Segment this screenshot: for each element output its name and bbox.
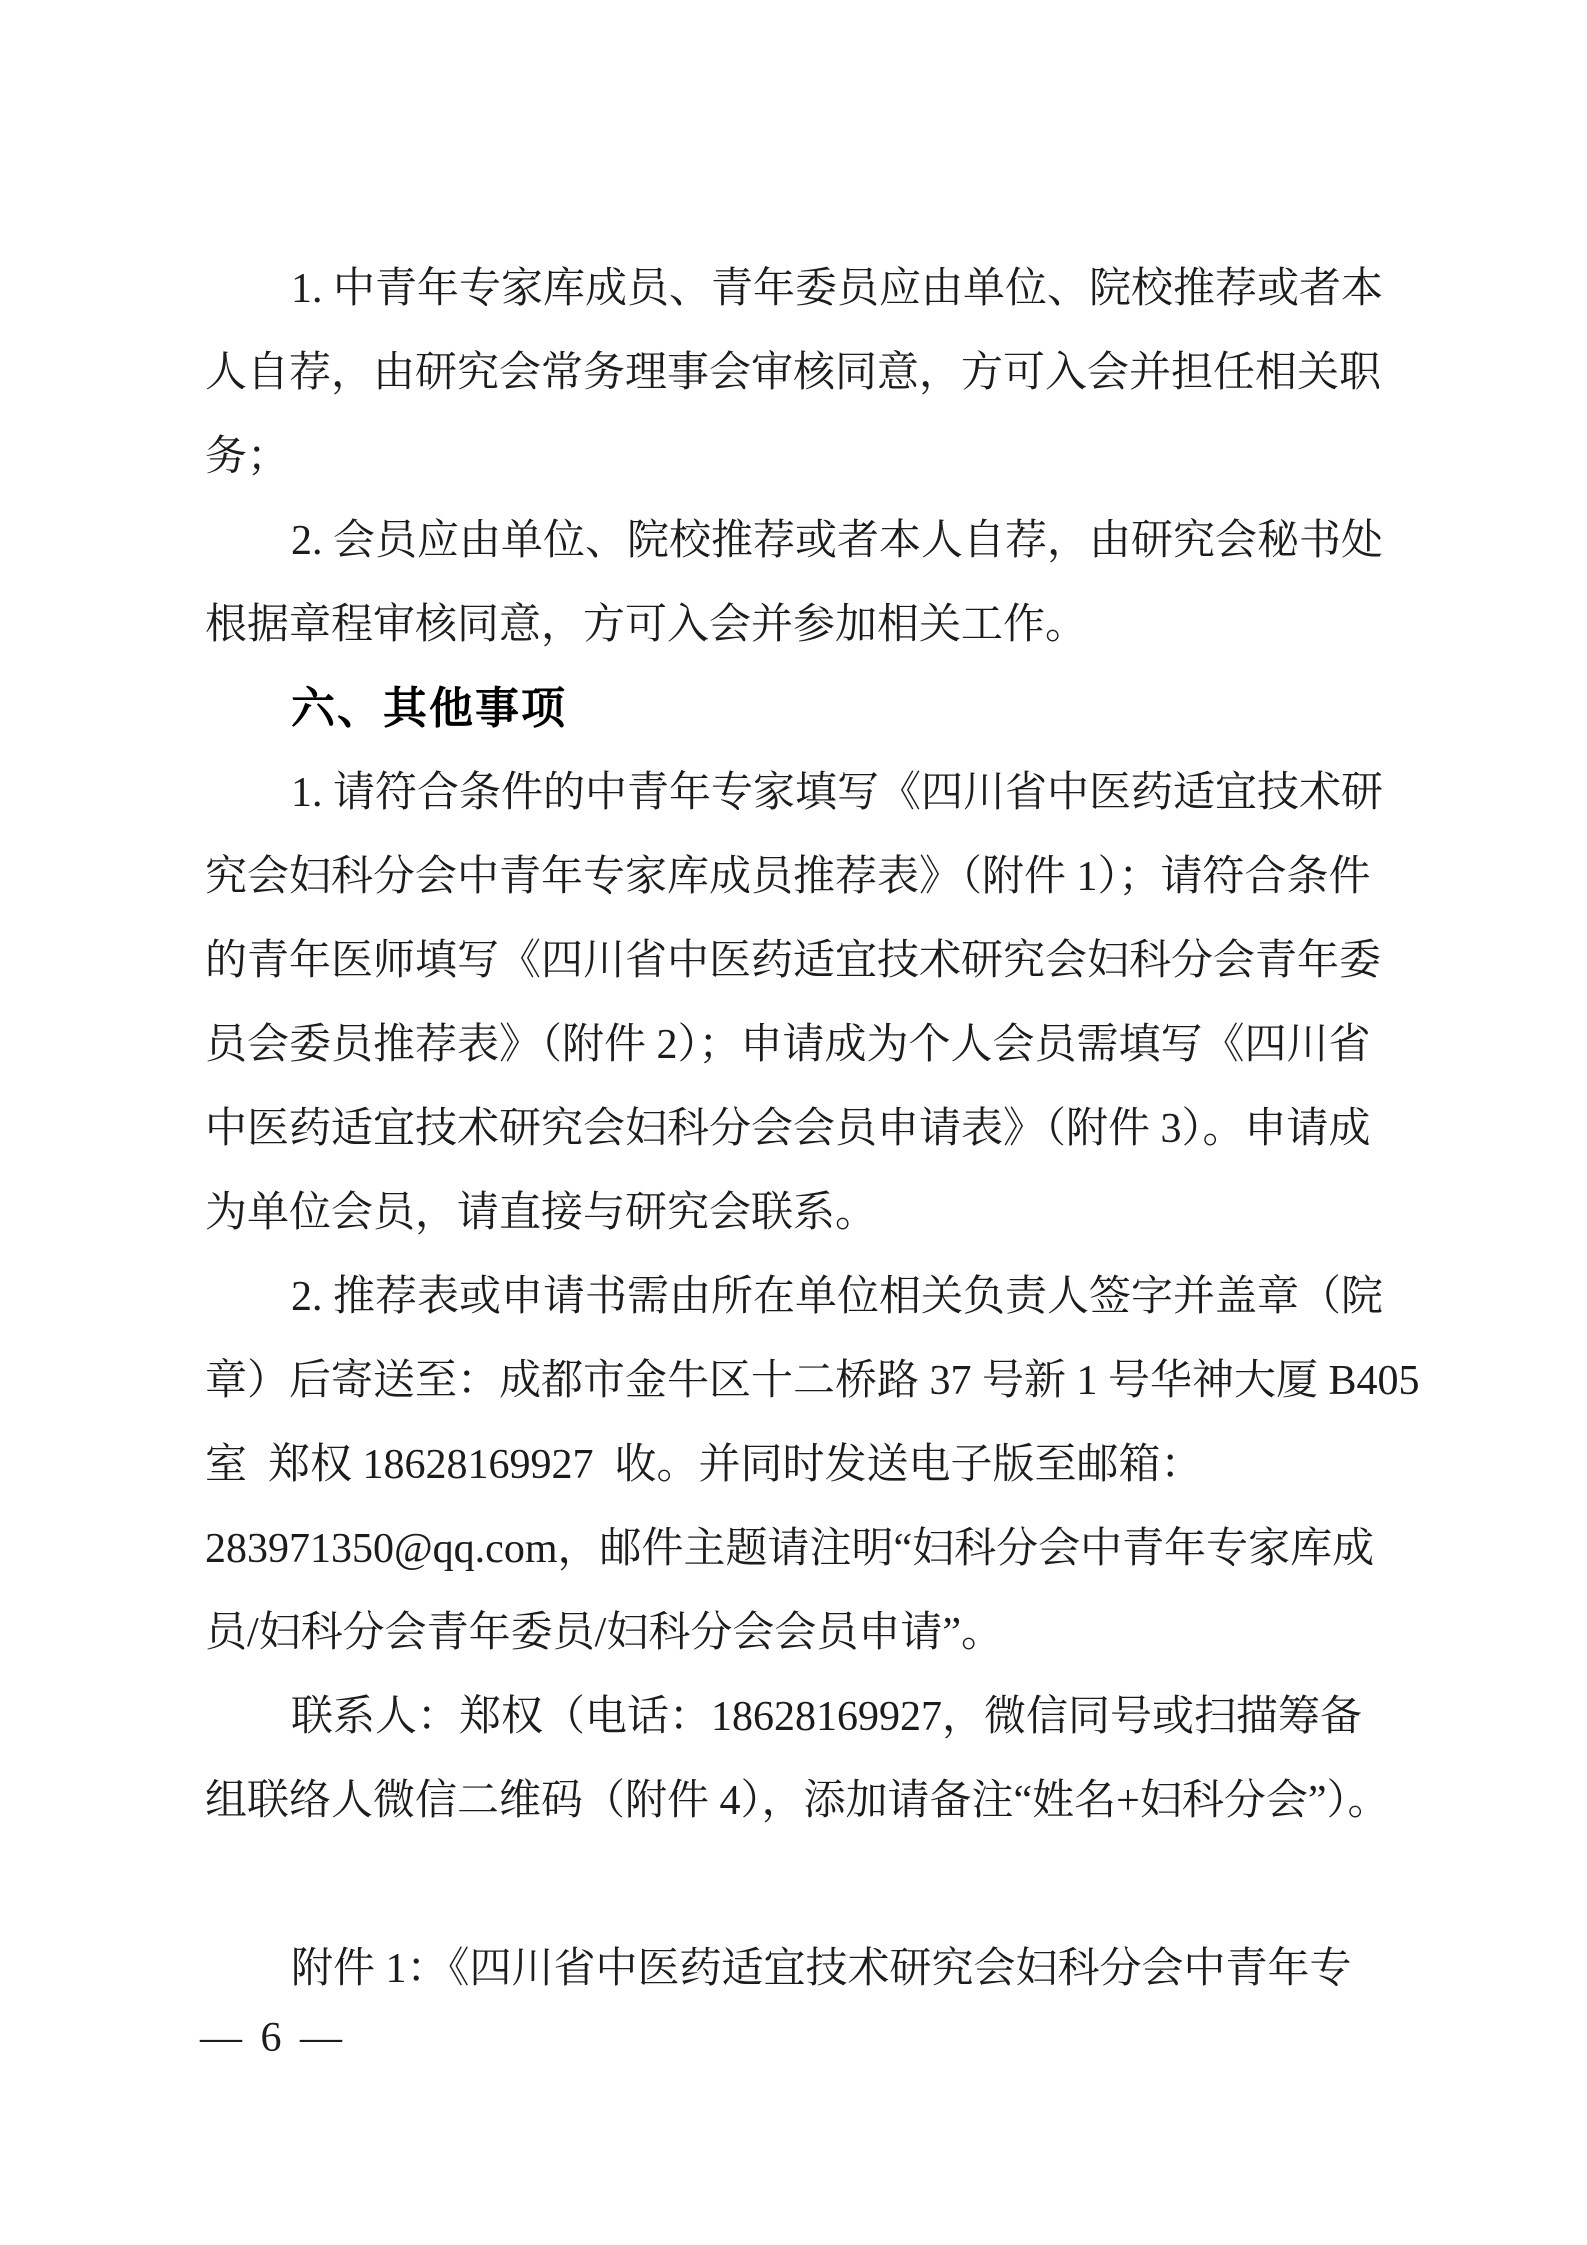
page-number: — 6 — bbox=[200, 2008, 346, 2068]
text-line: 员/妇科分会青年委员/妇科分会会员申请”。 bbox=[205, 1591, 1390, 1675]
text-line: 1. 请符合条件的中青年专家填写《四川省中医药适宜技术研 bbox=[205, 751, 1390, 835]
text-line: 究会妇科分会中青年专家库成员推荐表》（附件 1）；请符合条件 bbox=[205, 835, 1390, 919]
paragraph: 1. 请符合条件的中青年专家填写《四川省中医药适宜技术研 究会妇科分会中青年专家… bbox=[205, 751, 1390, 1255]
section-heading: 六、其他事项 bbox=[205, 667, 1390, 751]
text-line: 2. 推荐表或申请书需由所在单位相关负责人签字并盖章（院 bbox=[205, 1255, 1390, 1339]
text-line: 组联络人微信二维码（附件 4），添加请备注“姓名+妇科分会”）。 bbox=[205, 1759, 1390, 1843]
paragraph: 联系人：郑权（电话：18628169927，微信同号或扫描筹备 组联络人微信二维… bbox=[205, 1675, 1390, 1843]
paragraph: 2. 推荐表或申请书需由所在单位相关负责人签字并盖章（院 章）后寄送至：成都市金… bbox=[205, 1255, 1390, 1675]
paragraph: 1. 中青年专家库成员、青年委员应由单位、院校推荐或者本 人自荐，由研究会常务理… bbox=[205, 247, 1390, 499]
page-content: 1. 中青年专家库成员、青年委员应由单位、院校推荐或者本 人自荐，由研究会常务理… bbox=[205, 247, 1390, 2011]
text-line: 283971350@qq.com，邮件主题请注明“妇科分会中青年专家库成 bbox=[205, 1507, 1390, 1591]
text-line: 附件 1：《四川省中医药适宜技术研究会妇科分会中青年专 bbox=[205, 1927, 1390, 2011]
text-line: 员会委员推荐表》（附件 2）；申请成为个人会员需填写《四川省 bbox=[205, 1003, 1390, 1087]
text-line: 2. 会员应由单位、院校推荐或者本人自荐，由研究会秘书处 bbox=[205, 499, 1390, 583]
paragraph: 2. 会员应由单位、院校推荐或者本人自荐，由研究会秘书处 根据章程审核同意，方可… bbox=[205, 499, 1390, 667]
text-line: 室 郑权 18628169927 收。并同时发送电子版至邮箱： bbox=[205, 1423, 1390, 1507]
text-line: 为单位会员，请直接与研究会联系。 bbox=[205, 1171, 1390, 1255]
blank-line bbox=[205, 1843, 1390, 1927]
paragraph: 附件 1：《四川省中医药适宜技术研究会妇科分会中青年专 bbox=[205, 1927, 1390, 2011]
text-line: 中医药适宜技术研究会妇科分会会员申请表》（附件 3）。申请成 bbox=[205, 1087, 1390, 1171]
text-line: 人自荐，由研究会常务理事会审核同意，方可入会并担任相关职 bbox=[205, 331, 1390, 415]
section-heading-text: 六、其他事项 bbox=[205, 667, 1390, 751]
text-line: 1. 中青年专家库成员、青年委员应由单位、院校推荐或者本 bbox=[205, 247, 1390, 331]
text-line: 根据章程审核同意，方可入会并参加相关工作。 bbox=[205, 583, 1390, 667]
document-page: 1. 中青年专家库成员、青年委员应由单位、院校推荐或者本 人自荐，由研究会常务理… bbox=[0, 0, 1587, 2245]
text-line: 的青年医师填写《四川省中医药适宜技术研究会妇科分会青年委 bbox=[205, 919, 1390, 1003]
text-line: 联系人：郑权（电话：18628169927，微信同号或扫描筹备 bbox=[205, 1675, 1390, 1759]
text-line: 务； bbox=[205, 415, 1390, 499]
text-line: 章）后寄送至：成都市金牛区十二桥路 37 号新 1 号华神大厦 B405 bbox=[205, 1339, 1390, 1423]
